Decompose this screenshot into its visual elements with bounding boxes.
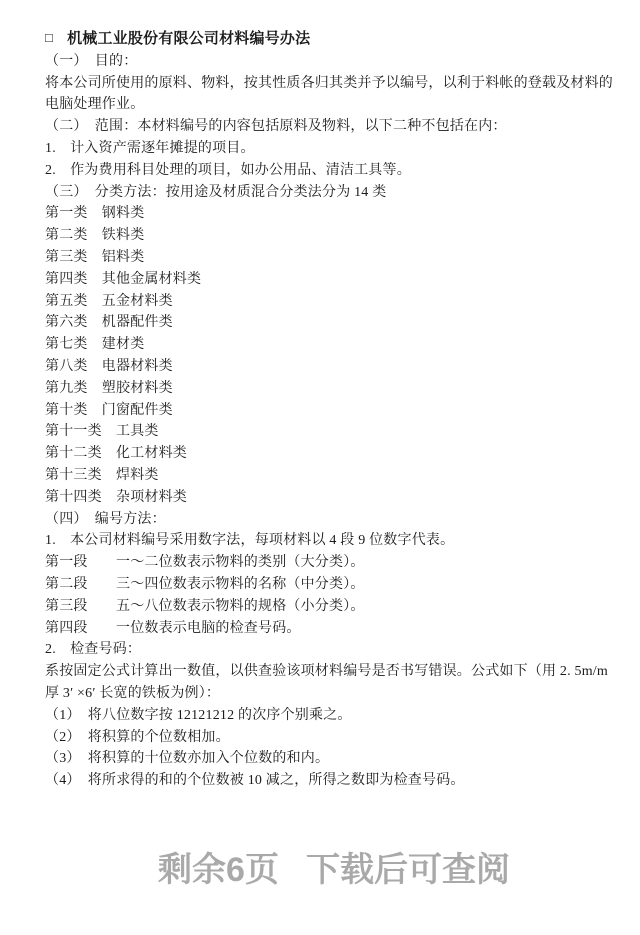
document-line: （一） 目的：	[45, 51, 617, 73]
document-line: 第四段 一位数表示电脑的检查号码。	[45, 618, 617, 640]
document-line: 第三类 铝料类	[45, 247, 617, 269]
document-line: 1. 本公司材料编号采用数字法，每项材料以 4 段 9 位数字代表。	[45, 530, 617, 552]
document-line: 第十类 门窗配件类	[45, 400, 617, 422]
document-line: 第四类 其他金属材料类	[45, 269, 617, 291]
document-line: 2. 作为费用科目处理的项目，如办公用品、清洁工具等。	[45, 160, 617, 182]
document-title: 机械工业股份有限公司材料编号办法	[67, 31, 310, 47]
document-page: □机械工业股份有限公司材料编号办法 （一） 目的：将本公司所使用的原料、物料，按…	[0, 0, 640, 935]
document-title-line: □机械工业股份有限公司材料编号办法	[45, 28, 617, 51]
document-line: 第一段 一～二位数表示物料的类别（大分类）。	[45, 552, 617, 574]
document-line: （2） 将积算的个位数相加。	[45, 727, 617, 749]
document-lines: （一） 目的：将本公司所使用的原料、物料，按其性质各归其类并予以编号，以利于料帐…	[45, 51, 617, 792]
document-content: □机械工业股份有限公司材料编号办法 （一） 目的：将本公司所使用的原料、物料，按…	[45, 28, 617, 792]
document-line: 第二段 三～四位数表示物料的名称（中分类）。	[45, 574, 617, 596]
document-line: 第三段 五～八位数表示物料的规格（小分类）。	[45, 596, 617, 618]
document-line: 第二类 铁料类	[45, 225, 617, 247]
document-line: 第七类 建材类	[45, 334, 617, 356]
document-line: 将本公司所使用的原料、物料，按其性质各归其类并予以编号，以利于料帐的登载及材料的	[45, 73, 617, 95]
document-line: 电脑处理作业。	[45, 94, 617, 116]
download-banner: 剩余6页下载后可查阅	[14, 846, 640, 894]
document-line: 第十四类 杂项材料类	[45, 487, 617, 509]
document-line: 第十三类 焊料类	[45, 465, 617, 487]
document-line: 系按固定公式计算出一数值，以供查验该项材料编号是否书写错误。公式如下（用 2. …	[45, 661, 617, 683]
document-line: （三） 分类方法：按用途及材质混合分类法分为 14 类	[45, 182, 617, 204]
document-line: 第六类 机器配件类	[45, 312, 617, 334]
document-line: 第一类 钢料类	[45, 203, 617, 225]
document-line: 厚 3′ ×6′ 长宽的铁板为例）：	[45, 683, 617, 705]
document-line: 第十二类 化工材料类	[45, 443, 617, 465]
document-line: （二） 范围：本材料编号的内容包括原料及物料，以下二种不包括在内：	[45, 116, 617, 138]
pages-remaining-text: 剩余6页	[158, 851, 279, 889]
document-line: 2. 检查号码：	[45, 639, 617, 661]
document-line: 第九类 塑胶材料类	[45, 378, 617, 400]
document-line: 第八类 电器材料类	[45, 356, 617, 378]
document-line: 第五类 五金材料类	[45, 291, 617, 313]
download-hint-text: 下载后可查阅	[306, 851, 510, 889]
document-line: 第十一类 工具类	[45, 421, 617, 443]
document-line: （四） 编号方法：	[45, 509, 617, 531]
checkbox-icon: □	[45, 27, 53, 49]
document-line: （1） 将八位数字按 12121212 的次序个别乘之。	[45, 705, 617, 727]
document-line: （4） 将所求得的和的个位数被 10 减之，所得之数即为检查号码。	[45, 770, 617, 792]
document-line: （3） 将积算的十位数亦加入个位数的和内。	[45, 748, 617, 770]
document-line: 1. 计入资产需逐年摊提的项目。	[45, 138, 617, 160]
